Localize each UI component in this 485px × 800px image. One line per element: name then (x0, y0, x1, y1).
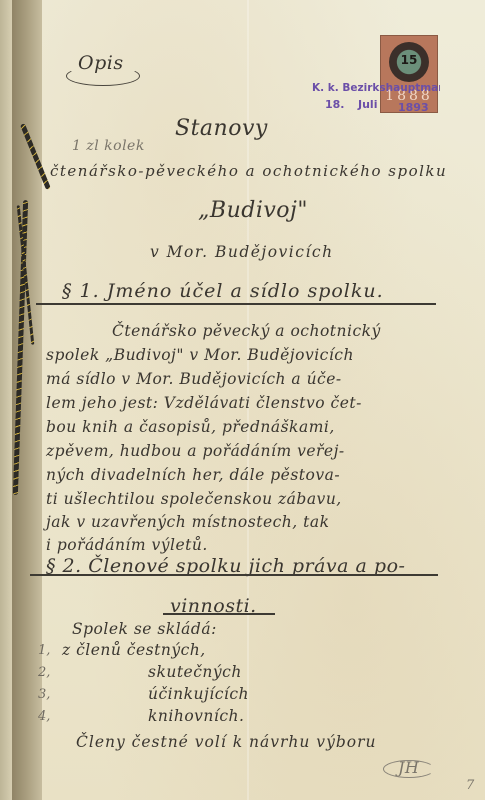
section1-line-5: bou knih a časopisů, přednáškami, (46, 418, 335, 436)
section1-heading: § 1. Jméno účel a sídlo spolku. (62, 280, 384, 302)
item-1-text: z členů čestných, (62, 641, 206, 659)
item-3-number: 3, (38, 687, 50, 702)
section1-line-7: ných divadelních her, dále pěstova- (46, 466, 340, 484)
item-4-number: 4, (38, 709, 50, 724)
location-line: v Mor. Budějovicích (150, 243, 334, 261)
book-binding-edge (0, 0, 12, 800)
item-2-number: 2, (38, 665, 50, 680)
section1-line-4: lem jeho jest: Vzdělávati členstvo čet- (46, 394, 362, 412)
section1-line-2: spolek „Budivoj" v Mor. Budějovicích (46, 346, 354, 364)
office-stamp-line1: K. k. Bezirkshauptmannschaft in Budweis (312, 82, 440, 94)
section2-last-line: Členy čestné volí k návrhu výboru (76, 733, 376, 751)
section1-line-9: jak v uzavřených místnostech, tak (46, 513, 330, 531)
page-number: 7 (466, 778, 475, 793)
item-3-text: účinkujících (148, 685, 249, 703)
section1-underline (36, 303, 436, 305)
item-1-number: 1, (38, 643, 50, 658)
office-stamp-year: 1893 (398, 101, 429, 114)
section1-line-1: Čtenářsko pěvecký a ochotnický (112, 322, 381, 340)
corner-note-flourish (66, 66, 140, 86)
margin-note: 1 zl kolek (72, 138, 145, 154)
document-title: Stanovy (175, 116, 268, 141)
office-stamp-day: 18. (325, 98, 345, 111)
section2-underline (30, 574, 438, 576)
subtitle-line: čtenářsko-pěveckého a ochotnického spolk… (50, 162, 447, 180)
section1-line-8: ti ušlechtilou společenskou zábavu, (46, 490, 342, 508)
section1-line-6: zpěvem, hudbou a pořádáním veřej- (46, 442, 345, 460)
item-4-text: knihovních. (148, 707, 244, 725)
stamp-emblem: 15 (389, 42, 429, 82)
section2-cont-underline (163, 613, 275, 615)
section1-line-10: i pořádáním výletů. (46, 536, 208, 554)
stamp-value: 15 (389, 53, 429, 67)
section1-line-3: má sídlo v Mor. Budějovicích a úče- (46, 370, 342, 388)
section2-intro: Spolek se skládá: (72, 620, 217, 638)
society-name: „Budivoj" (198, 198, 308, 223)
item-2-text: skutečných (148, 663, 242, 681)
office-stamp-month: Juli (358, 98, 377, 111)
signature-flourish (383, 760, 435, 778)
